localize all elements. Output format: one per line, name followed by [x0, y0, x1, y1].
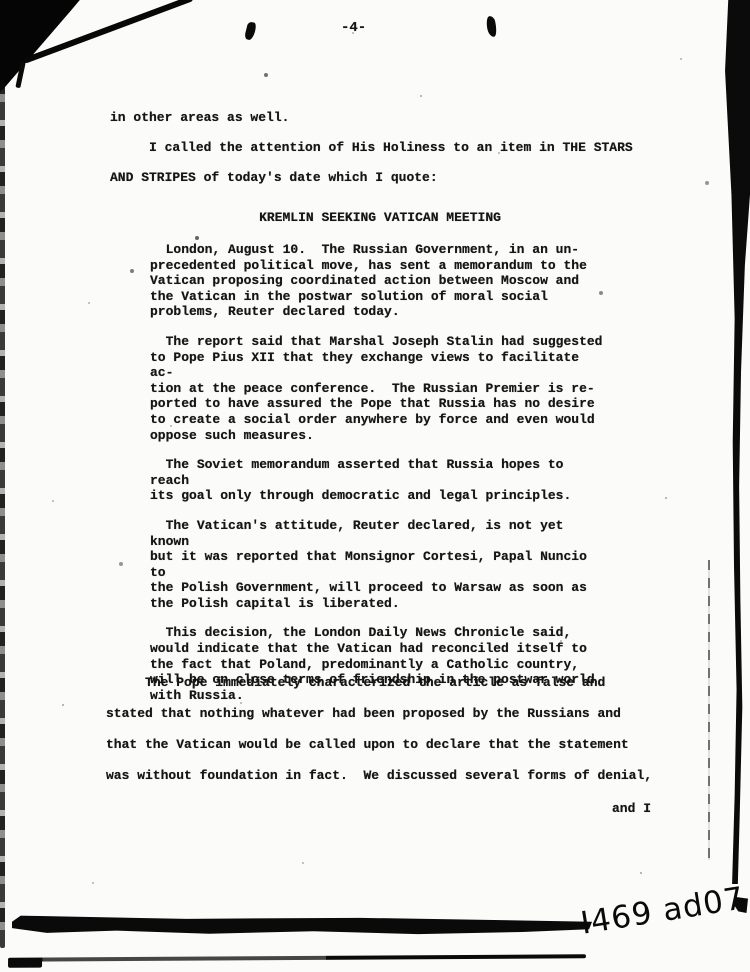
bottom-scan-streak-thin — [8, 954, 586, 962]
article-paragraph-3: The Soviet memorandum asserted that Russ… — [150, 457, 610, 504]
quoted-article: KREMLIN SEEKING VATICAN MEETING London, … — [150, 210, 610, 717]
closing-paragraph: The Pope immediately characterized the a… — [106, 667, 672, 791]
article-paragraph-1: London, August 10. The Russian Governmen… — [150, 242, 610, 320]
corner-fold-artifact — [0, 0, 210, 100]
scanned-document-page: -4- in other areas as well. I called the… — [0, 0, 750, 972]
article-paragraph-4: The Vatican's attitude, Reuter declared,… — [150, 518, 610, 612]
continuation-catchword: and I — [106, 793, 651, 824]
left-edge-scan-artifact — [0, 80, 5, 948]
scan-noise-speckles — [0, 0, 2, 2]
article-paragraph-2: The report said that Marshal Joseph Stal… — [150, 334, 610, 443]
ink-blot-left — [244, 21, 257, 41]
handwritten-annotation: I469 ad07 — [578, 880, 747, 941]
page-number: -4- — [341, 20, 366, 36]
right-edge-scan-artifact — [718, 0, 750, 884]
article-headline: KREMLIN SEEKING VATICAN MEETING — [150, 210, 610, 226]
right-edge-scan-line-artifact — [708, 560, 710, 860]
ink-blot-right — [485, 15, 498, 37]
bottom-scan-streak-thick — [12, 914, 592, 936]
intro-paragraph: in other areas as well. I called the att… — [110, 103, 670, 193]
